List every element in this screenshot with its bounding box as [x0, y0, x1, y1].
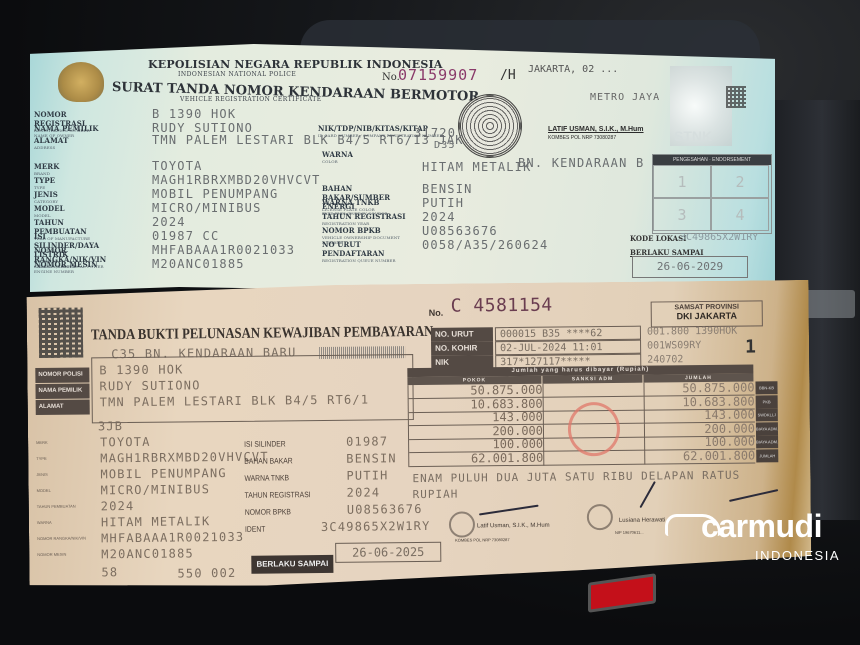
field-value: MOBIL PENUMPANG [100, 466, 227, 481]
location-code-label: KODE LOKASI [630, 234, 686, 243]
field-label: NO URUT PENDAFTARANREGISTRATION QUEUE NU… [322, 240, 414, 263]
location-code-value: 3C49865X2W1RY [680, 232, 758, 243]
address-continued: 3JB [98, 419, 123, 433]
police-emblem-icon [58, 62, 104, 102]
document-subtitle: VEHICLE REGISTRATION CERTIFICATE [180, 96, 322, 103]
field-value: 01987 [346, 434, 388, 448]
field-label: JENIS [36, 472, 47, 477]
field-value: TMN PALEM LESTARI BLK B4/5 RT6/1 [100, 393, 370, 410]
paid-stamp-icon [568, 402, 621, 457]
field-label: ISI SILINDER [244, 439, 286, 448]
field-label: MODELMODEL [34, 204, 110, 218]
row-label: PKB [756, 395, 778, 408]
field-value: B 1390 HOK [152, 107, 236, 121]
registration-note: BN. KENDARAAN B [518, 156, 644, 170]
endorsement-cell: 2 [711, 165, 769, 198]
field-label: NO. KOHIR [431, 341, 493, 356]
endorsement-cell: 4 [711, 198, 769, 231]
field-label: NOMOR POLISI [35, 367, 89, 383]
field-value: 02-JUL-2024 11:01 [495, 340, 641, 356]
field-label: TYPE [36, 456, 47, 461]
field-label: NOMOR RANGKA/NIK/VIN [37, 535, 86, 541]
field-value: MHFABAAA1R0021033 [101, 530, 244, 545]
nik-value: 31720 [414, 126, 456, 140]
valid-until-value: 26-06-2025 [335, 542, 441, 563]
issuer-subheading: INDONESIAN NATIONAL POLICE [178, 71, 296, 78]
field-label: MODEL [37, 488, 51, 493]
field-label: ALAMAT [36, 399, 90, 415]
police-seal-icon [449, 511, 475, 537]
field-value: 2024 [347, 485, 381, 499]
field-label: NOMOR BPKB [245, 507, 291, 516]
field-value: 0058/A35/260624 [422, 238, 548, 252]
pokok-cell: 62.001.800 [409, 452, 543, 466]
watermark-country: INDONESIA [755, 548, 840, 563]
valid-until-label: BERLAKU SAMPAI [251, 555, 333, 574]
field-extra: 001.800 1390HOK [647, 326, 737, 338]
official-seal-icon [458, 94, 522, 158]
watermark-brand: carmudi [701, 508, 822, 545]
field-label: TAHUN REGISTRASI [245, 490, 311, 500]
page-indicator: 1 [745, 336, 756, 357]
signer-title: KOMBES POL NRP 73080287 [455, 537, 510, 543]
payment-receipt: TANDA BUKTI PELUNASAN KEWAJIBAN PEMBAYAR… [26, 280, 811, 588]
serial-label: No. [429, 308, 444, 318]
endorsement-grid: PENGESAHAN · ENDORSEMENT 1 2 3 4 [652, 154, 772, 234]
field-value: U08563676 [422, 224, 498, 238]
field-value: 3C49865X2W1RY [321, 519, 431, 534]
field-value: HITAM METALIK [422, 160, 532, 174]
field-value: M20ANC01885 [101, 546, 194, 561]
endorsement-header: PENGESAHAN · ENDORSEMENT [653, 155, 771, 165]
jumlah-cell: 62.001.800 [645, 449, 755, 463]
field-value: 2024 [101, 499, 135, 513]
field-value: B 1390 HOK [99, 362, 183, 377]
field-label: MERK [36, 440, 48, 445]
field-label: IDENT [245, 525, 265, 534]
endorsement-cell: 1 [653, 165, 711, 198]
valid-until-value: 26-06-2029 [632, 256, 748, 278]
field-value: 2024 [422, 210, 456, 224]
bapenda-seal-icon [587, 504, 613, 530]
serial-suffix: /H [500, 68, 516, 83]
field-value: 2024 [152, 215, 186, 229]
qr-code-icon [39, 308, 84, 358]
hologram-text: STNK [674, 128, 712, 144]
qr-code-icon [726, 86, 746, 108]
field-value: 000015 B35 ****62 [495, 326, 641, 342]
signer-title: KOMBES POL NRP 73080287 [548, 135, 616, 141]
field-value: PUTIH [346, 468, 388, 482]
signer-name: Latif Usman, S.I.K., M.Hum [477, 523, 550, 530]
misc-code: 58 [101, 565, 118, 579]
field-value: 01987 CC [152, 229, 219, 243]
field-label: WARNACOLOR [322, 150, 414, 164]
field-value: PUTIH [422, 196, 464, 210]
field-value: MOBIL PENUMPANG [152, 187, 278, 201]
signer-name: Lusiana Herawati [619, 517, 665, 523]
serial-number: 07159907 [398, 66, 478, 84]
field-value: M20ANC01885 [152, 257, 245, 271]
field-label: WARNA TNKB [244, 473, 289, 482]
field-value: BENSIN [422, 182, 473, 196]
jumlah-cell: 50.875.000 [644, 381, 754, 395]
field-value: MICRO/MINIBUS [152, 201, 262, 215]
field-label: TYPETYPE [34, 176, 110, 190]
issue-place-date: JAKARTA, 02 ... [528, 64, 618, 75]
field-value: RUDY SUTIONO [99, 378, 200, 393]
field-value: MICRO/MINIBUS [100, 482, 210, 497]
row-label: JUMLAH [756, 449, 778, 462]
field-value: MHFABAAA1R0021033 [152, 243, 295, 257]
field-label: NOMOR MESINENGINE NUMBER [34, 260, 110, 274]
serial-number: C 4581154 [451, 295, 553, 317]
receipt-title: TANDA BUKTI PELUNASAN KEWAJIBAN PEMBAYAR… [91, 324, 434, 345]
row-label: SWDKLLJ [756, 408, 778, 421]
field-label: NAMA PEMILIK [35, 383, 89, 399]
field-extra: 240702 [647, 354, 683, 365]
field-label: TAHUN PEMBUATAN [37, 504, 76, 509]
amount-in-words: ENAM PULUH DUA JUTA SATU RIBU DELAPAN RA… [412, 467, 772, 503]
signature [479, 505, 539, 516]
samsat-region: DKI JAKARTA [652, 310, 762, 321]
field-value: HITAM METALIK [101, 514, 211, 529]
field-value: BENSIN [346, 451, 397, 466]
nik-value-2: D35 [434, 140, 456, 151]
signer-name: LATIF USMAN, S.I.K., M.Hum [548, 126, 644, 133]
field-label: NO. URUT [431, 327, 493, 342]
field-label: NOMOR MESIN [37, 552, 66, 557]
field-value: TOYOTA [100, 435, 151, 450]
field-value: MAGH1RBRXMBD20VHVCVT [152, 173, 321, 187]
field-label: WARNA [37, 520, 52, 525]
field-label: WARNA TNKBLICENSE PLATE COLOR [322, 198, 414, 212]
vehicle-registration-certificate: KEPOLISIAN NEGARA REPUBLIK INDONESIA IND… [30, 44, 775, 292]
field-value: U08563676 [347, 502, 423, 517]
field-label: BAHAN BAKAR [244, 456, 292, 466]
signer-title: NIP 19670611... [615, 530, 644, 535]
endorsement-cell: 3 [653, 198, 711, 231]
field-label: TAHUN REGISTRASIREGISTRATION YEAR [322, 212, 414, 226]
field-label: JENISCATEGORY [34, 190, 110, 204]
field-label: ALAMATADDRESS [34, 136, 110, 150]
field-value: TOYOTA [152, 159, 203, 173]
samsat-box: SAMSAT PROVINSI DKI JAKARTA [651, 300, 763, 327]
field-extra: 001WS09RY [647, 340, 701, 352]
field-label: MERKBRAND [34, 162, 110, 176]
misc-code: 550 002 [177, 566, 236, 581]
row-label: BIAYA ADM. STNK [756, 422, 778, 435]
issuer-place: METRO JAYA [590, 92, 660, 103]
row-label: BBN-KB [755, 381, 777, 394]
row-label: BIAYA ADM. TNKB [756, 436, 778, 449]
